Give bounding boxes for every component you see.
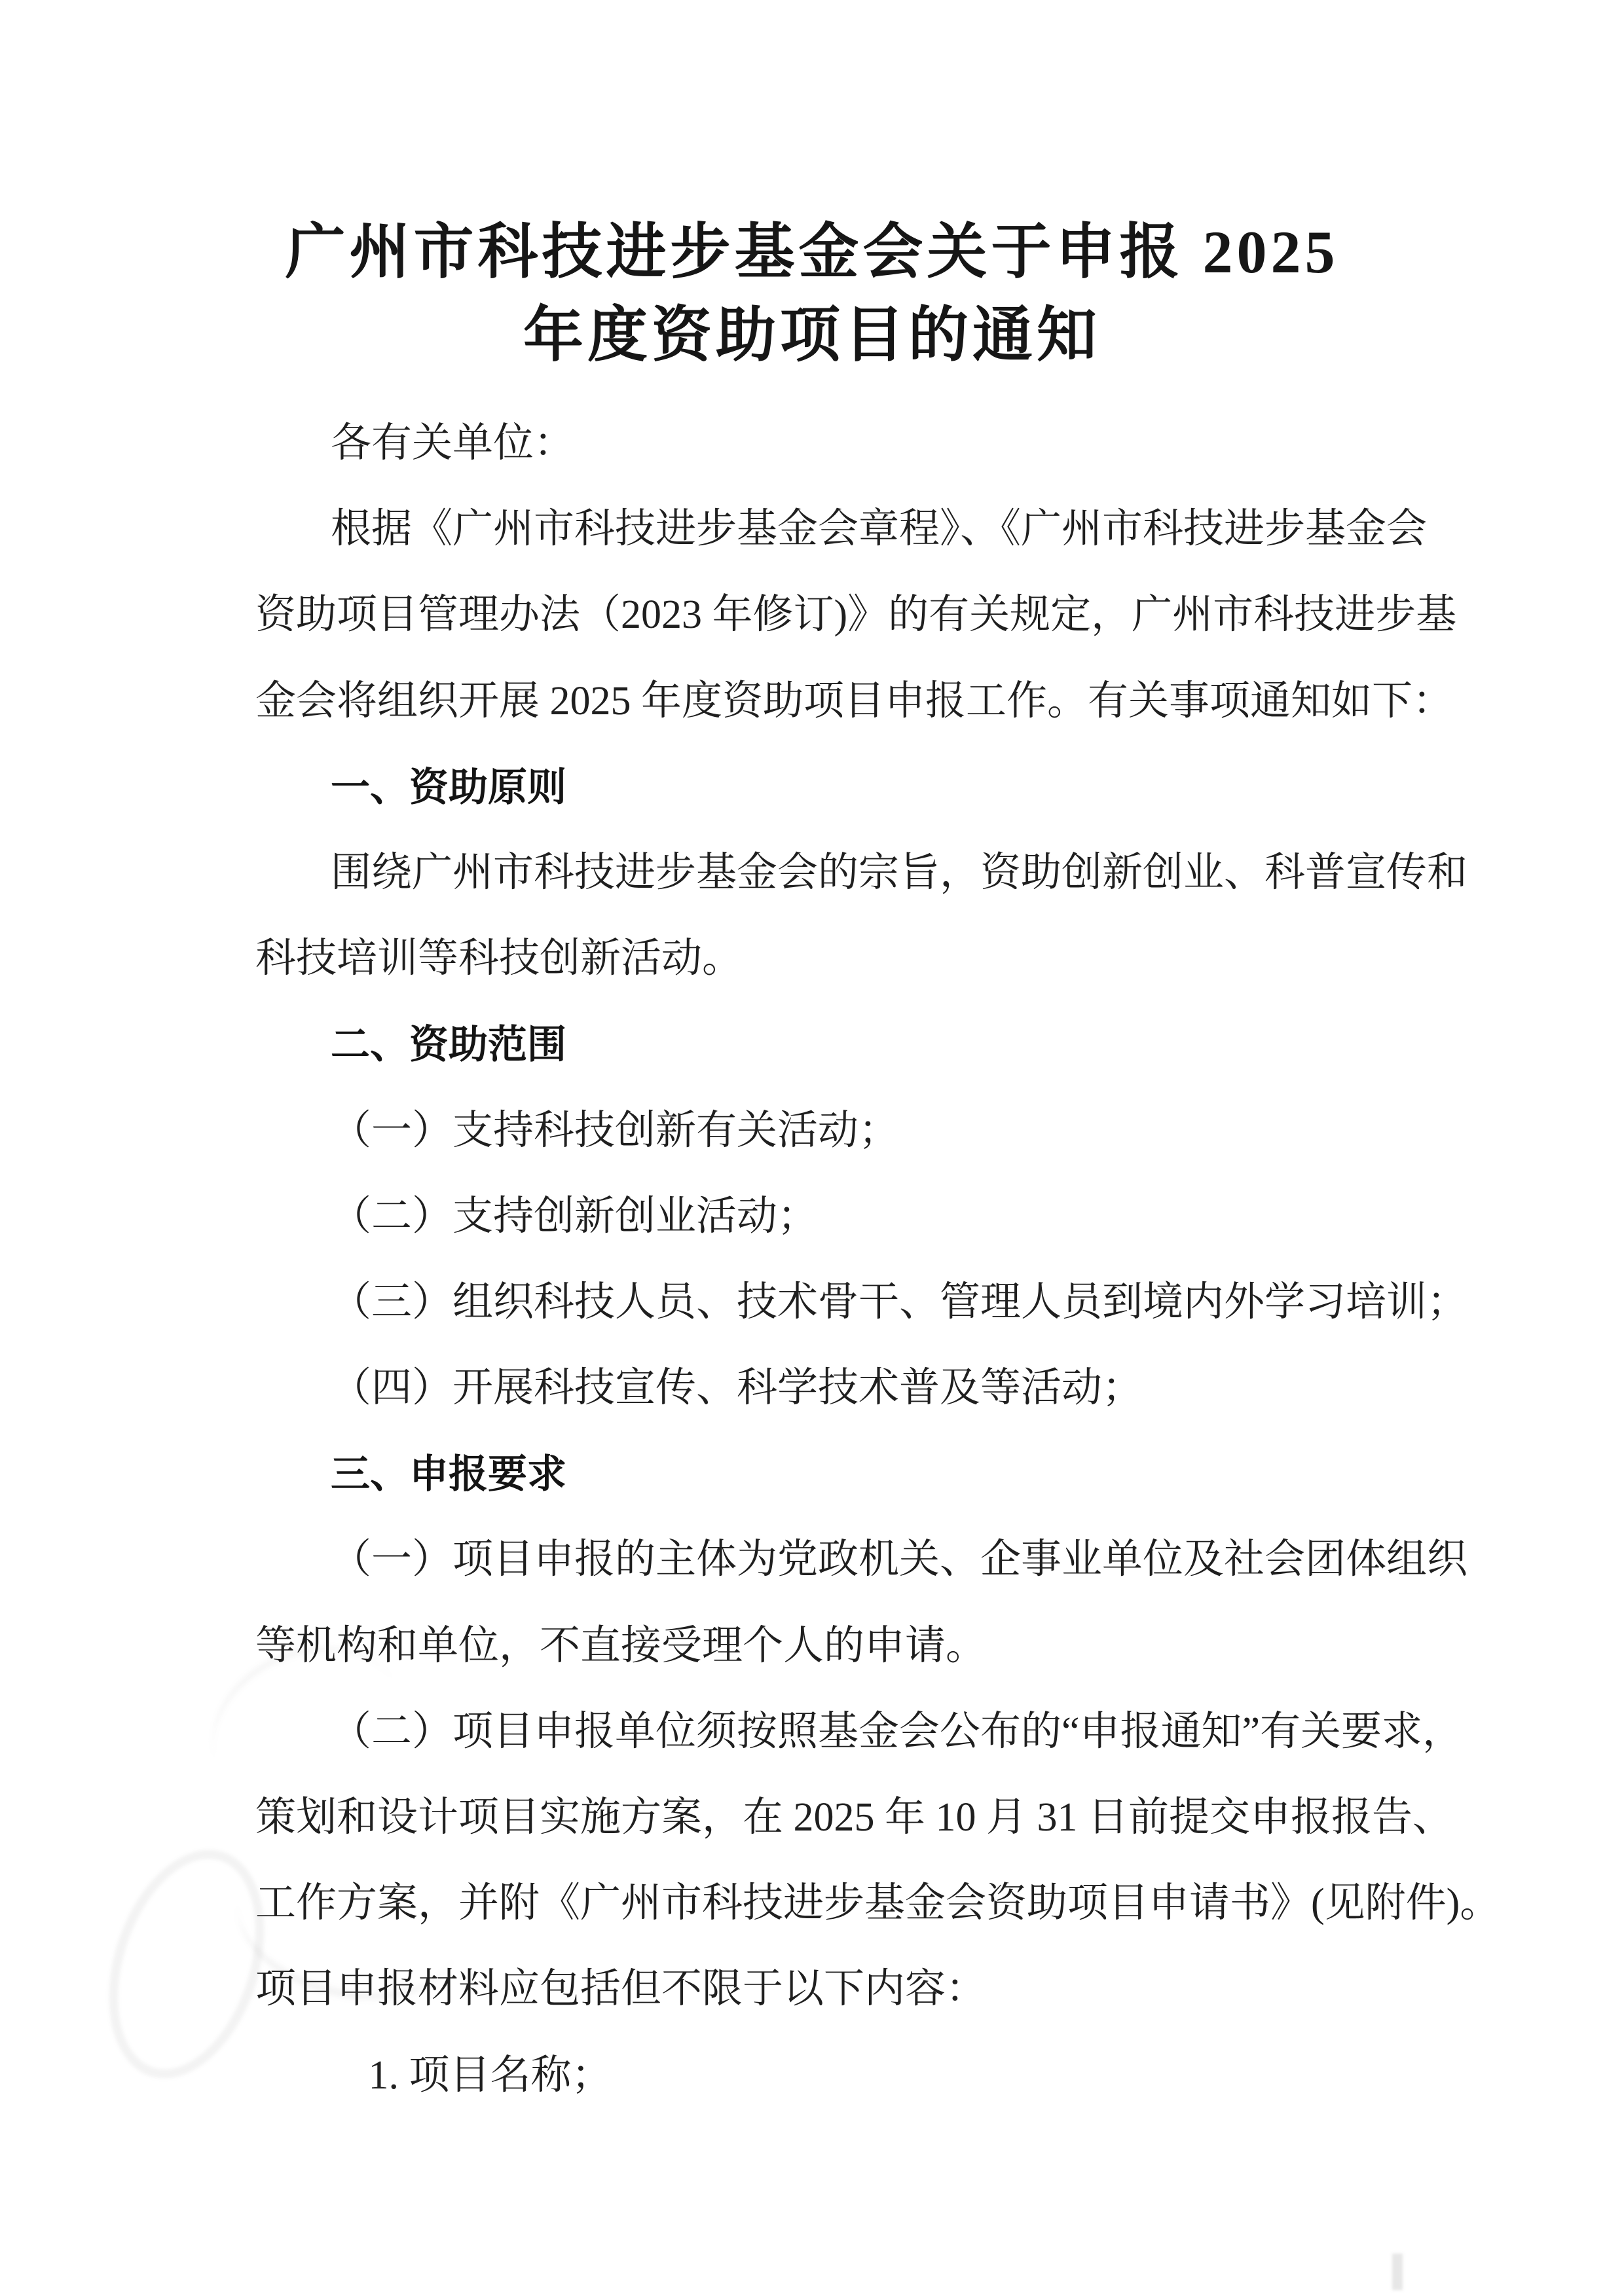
text-line: 科技培训等科技创新活动。: [255, 916, 1519, 1002]
text-line: 1. 项目名称；: [255, 2033, 1519, 2119]
text-line: 工作方案，并附《广州市科技进步基金会资助项目申请书》(见附件)。: [255, 1861, 1519, 1946]
text-line: （一）支持科技创新有关活动；: [255, 1088, 1519, 1174]
section-heading-line: 二、资助范围: [255, 1002, 1519, 1087]
title-line-1: 广州市科技进步基金会关于申报 2025: [0, 211, 1624, 294]
text-line: 金会将组织开展 2025 年度资助项目申报工作。有关事项通知如下：: [255, 659, 1519, 744]
text-line: 等机构和单位，不直接受理个人的申请。: [255, 1603, 1519, 1689]
document-title: 广州市科技进步基金会关于申报 2025 年度资助项目的通知: [0, 211, 1624, 377]
text-line: （三）组织科技人员、技术骨干、管理人员到境内外学习培训；: [255, 1260, 1519, 1345]
text-line: （四）开展科技宣传、科学技术普及等活动；: [255, 1345, 1519, 1431]
text-line: （一）项目申报的主体为党政机关、企事业单位及社会团体组织: [255, 1517, 1519, 1603]
text-line: 各有关单位：: [255, 401, 1519, 486]
text-line: 资助项目管理办法（2023 年修订)》的有关规定，广州市科技进步基: [255, 572, 1519, 658]
document-page: 广州市科技进步基金会关于申报 2025 年度资助项目的通知 各有关单位：根据《广…: [0, 0, 1624, 2296]
title-line-2: 年度资助项目的通知: [0, 294, 1624, 377]
text-line: 根据《广州市科技进步基金会章程》、《广州市科技进步基金会: [255, 486, 1519, 572]
text-line: 项目申报材料应包括但不限于以下内容：: [255, 1946, 1519, 2032]
text-line: （二）支持创新创业活动；: [255, 1174, 1519, 1260]
text-line: （二）项目申报单位须按照基金会公布的“申报通知”有关要求，: [255, 1689, 1519, 1775]
scan-mark-bottom-right: [1392, 2253, 1403, 2290]
section-heading-line: 三、申报要求: [255, 1431, 1519, 1517]
document-body: 各有关单位：根据《广州市科技进步基金会章程》、《广州市科技进步基金会资助项目管理…: [255, 401, 1519, 2119]
section-heading-line: 一、资助原则: [255, 744, 1519, 830]
text-line: 围绕广州市科技进步基金会的宗旨，资助创新创业、科普宣传和: [255, 830, 1519, 916]
text-line: 策划和设计项目实施方案，在 2025 年 10 月 31 日前提交申报报告、: [255, 1775, 1519, 1861]
